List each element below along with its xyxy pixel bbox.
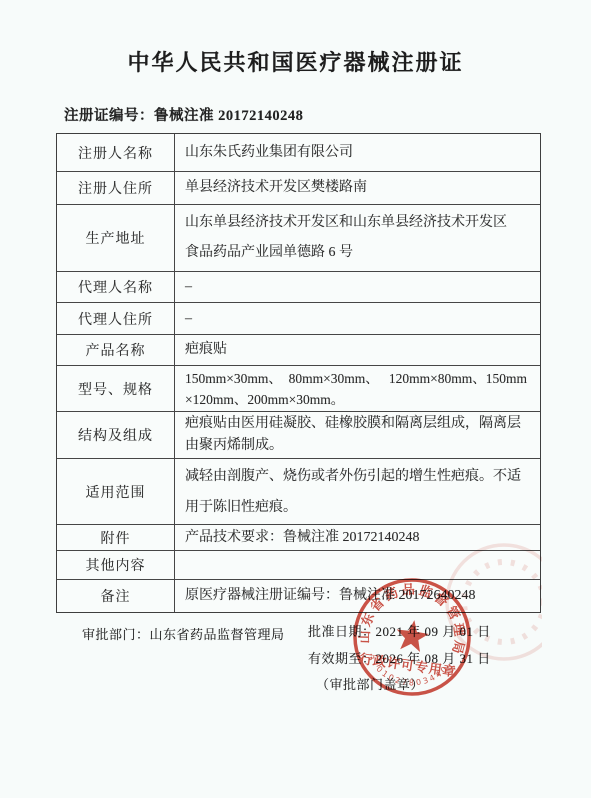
approval-department: 审批部门：山东省药品监督管理局 [82, 624, 285, 643]
row-value: 山东单县经济技术开发区和山东单县经济技术开发区 食品药品产业园单德路 6 号 [175, 205, 540, 271]
seal-main: 山东省药品监督管理局 行政许可专用章 3701027803440 [348, 573, 477, 702]
row-label: 备注 [57, 580, 175, 612]
row-label: 代理人住所 [57, 303, 175, 334]
row-label: 注册人住所 [57, 172, 175, 204]
seal-star-icon [394, 618, 430, 653]
row-scope-of-application: 适用范围 减轻由剖腹产、烧伤或者外伤引起的增生性疤痕。不适 用于陈旧性疤痕。 [57, 458, 540, 524]
row-value: 疤痕贴 [175, 335, 540, 365]
row-label: 附件 [57, 525, 175, 550]
row-model-spec: 型号、规格 150mm×30mm、 80mm×30mm、 120mm×80mm、… [57, 365, 540, 411]
official-seal: 山东省药品监督管理局 行政许可专用章 3701027803440 [312, 540, 542, 745]
row-label: 结构及组成 [57, 412, 175, 458]
cert-number-line: 注册证编号：鲁械注准 20172140248 [64, 104, 303, 125]
certificate-page: 中华人民共和国医疗器械注册证 注册证编号：鲁械注准 20172140248 注册… [0, 0, 591, 798]
row-agent-name: 代理人名称 – [57, 271, 540, 302]
row-value: – [175, 272, 540, 302]
row-label: 其他内容 [57, 551, 175, 579]
row-value: 单县经济技术开发区樊楼路南 [175, 172, 540, 204]
page-title: 中华人民共和国医疗器械注册证 [0, 46, 591, 77]
row-label: 生产地址 [57, 205, 175, 271]
row-value: 山东朱氏药业集团有限公司 [175, 134, 540, 171]
row-value: – [175, 303, 540, 334]
row-label: 产品名称 [57, 335, 175, 365]
row-label: 代理人名称 [57, 272, 175, 302]
row-registrant-address: 注册人住所 单县经济技术开发区樊楼路南 [57, 171, 540, 204]
row-label: 注册人名称 [57, 134, 175, 171]
row-product-name: 产品名称 疤痕贴 [57, 334, 540, 365]
row-value: 减轻由剖腹产、烧伤或者外伤引起的增生性疤痕。不适 用于陈旧性疤痕。 [175, 459, 540, 524]
row-value: 150mm×30mm、 80mm×30mm、 120mm×80mm、150mm … [175, 366, 540, 411]
row-value: 疤痕贴由医用硅凝胶、硅橡胶膜和隔离层组成，隔离层 由聚丙烯制成。 [175, 412, 540, 458]
row-label: 适用范围 [57, 459, 175, 524]
row-production-address: 生产地址 山东单县经济技术开发区和山东单县经济技术开发区 食品药品产业园单德路 … [57, 204, 540, 271]
row-registrant-name: 注册人名称 山东朱氏药业集团有限公司 [57, 134, 540, 171]
row-structure-composition: 结构及组成 疤痕贴由医用硅凝胶、硅橡胶膜和隔离层组成，隔离层 由聚丙烯制成。 [57, 411, 540, 458]
row-agent-address: 代理人住所 – [57, 302, 540, 334]
row-label: 型号、规格 [57, 366, 175, 411]
